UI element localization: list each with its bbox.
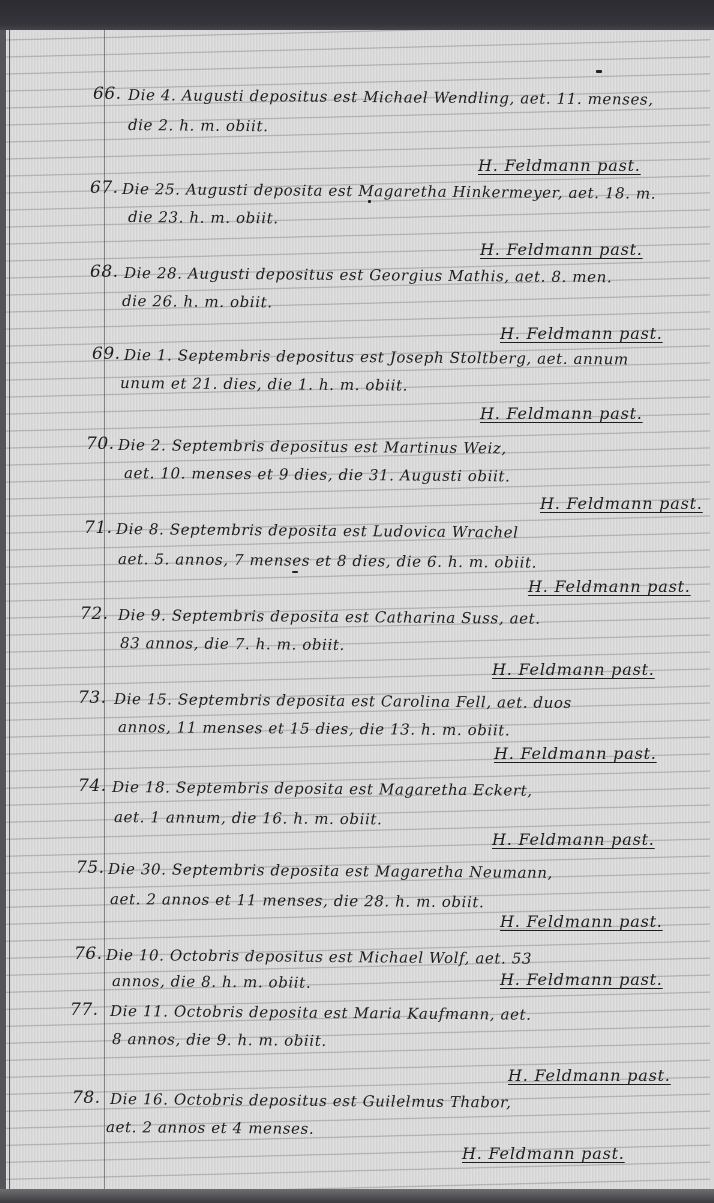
entry-number: 76. [74, 944, 103, 964]
pastor-signature: H. Feldmann past. [500, 970, 663, 989]
pastor-signature: H. Feldmann past. [500, 912, 663, 931]
entry-number: 68. [90, 262, 119, 282]
entry-number: 67. [90, 178, 119, 198]
pastor-signature: H. Feldmann past. [494, 744, 657, 763]
entry-text-line-1: Die 2. Septembris depositus est Martinus… [118, 436, 507, 457]
outer-margin-rule [9, 30, 10, 1190]
entry-number: 66. [93, 84, 122, 104]
entry-number: 71. [84, 518, 113, 538]
scan-top-shadow [0, 0, 714, 32]
entry-text-line-2: die 2. h. m. obiit. [128, 116, 269, 135]
entry-text-line-1: Die 11. Octobris deposita est Maria Kauf… [110, 1002, 532, 1024]
ink-speck [596, 70, 602, 73]
entry-number: 69. [92, 344, 121, 364]
pastor-signature: H. Feldmann past. [462, 1144, 625, 1163]
entry-text-line-2: die 26. h. m. obiit. [122, 292, 273, 311]
scan-left-edge [0, 30, 6, 1190]
pastor-signature: H. Feldmann past. [492, 830, 655, 849]
entry-text-line-1: Die 9. Septembris deposita est Catharina… [118, 606, 541, 628]
entry-number: 72. [80, 604, 109, 624]
entry-text-line-2: aet. 1 annum, die 16. h. m. obiit. [114, 808, 383, 828]
entry-text-line-1: Die 8. Septembris deposita est Ludovica … [116, 520, 519, 542]
ink-speck [368, 200, 371, 203]
pastor-signature: H. Feldmann past. [540, 494, 703, 513]
entry-text-line-2: unum et 21. dies, die 1. h. m. obiit. [120, 374, 408, 395]
entry-number: 70. [86, 434, 115, 454]
entry-number: 73. [78, 688, 107, 708]
ink-speck [292, 571, 298, 573]
entry-number: 74. [78, 776, 107, 796]
entry-text-line-2: aet. 10. menses et 9 dies, die 31. Augus… [124, 464, 511, 485]
pastor-signature: H. Feldmann past. [500, 324, 663, 343]
entry-text-line-2: 83 annos, die 7. h. m. obiit. [120, 634, 345, 654]
entry-text-line-2: annos, die 8. h. m. obiit. [112, 972, 311, 992]
pastor-signature: H. Feldmann past. [528, 577, 691, 596]
entry-text-line-2: aet. 2 annos et 11 menses, die 28. h. m.… [110, 890, 485, 911]
entry-number: 75. [76, 858, 105, 878]
pastor-signature: H. Feldmann past. [480, 404, 643, 423]
entry-text-line-2: 8 annos, die 9. h. m. obiit. [112, 1030, 327, 1050]
entry-text-line-2: annos, 11 menses et 15 dies, die 13. h. … [118, 718, 510, 739]
pastor-signature: H. Feldmann past. [492, 660, 655, 679]
scan-bottom-shadow [0, 1189, 714, 1203]
entry-number: 77. [70, 1000, 99, 1020]
entry-text-line-2: aet. 5. annos, 7 menses et 8 dies, die 6… [118, 550, 537, 572]
entry-text-line-2: aet. 2 annos et 4 menses. [106, 1118, 314, 1138]
entry-text-line-1: Die 18. Septembris deposita est Magareth… [112, 778, 533, 800]
entry-text-line-2: die 23. h. m. obiit. [128, 208, 279, 227]
scanned-register-page: 66. Die 4. Augusti depositus est Michael… [0, 0, 714, 1203]
scan-right-edge [710, 30, 714, 1190]
pastor-signature: H. Feldmann past. [508, 1066, 671, 1085]
entry-number: 78. [72, 1088, 101, 1108]
pastor-signature: H. Feldmann past. [478, 156, 641, 175]
entry-text-line-1: Die 10. Octobris depositus est Michael W… [106, 946, 532, 968]
pastor-signature: H. Feldmann past. [480, 240, 643, 259]
entry-text-line-1: Die 16. Octobris depositus est Guilelmus… [110, 1090, 512, 1112]
